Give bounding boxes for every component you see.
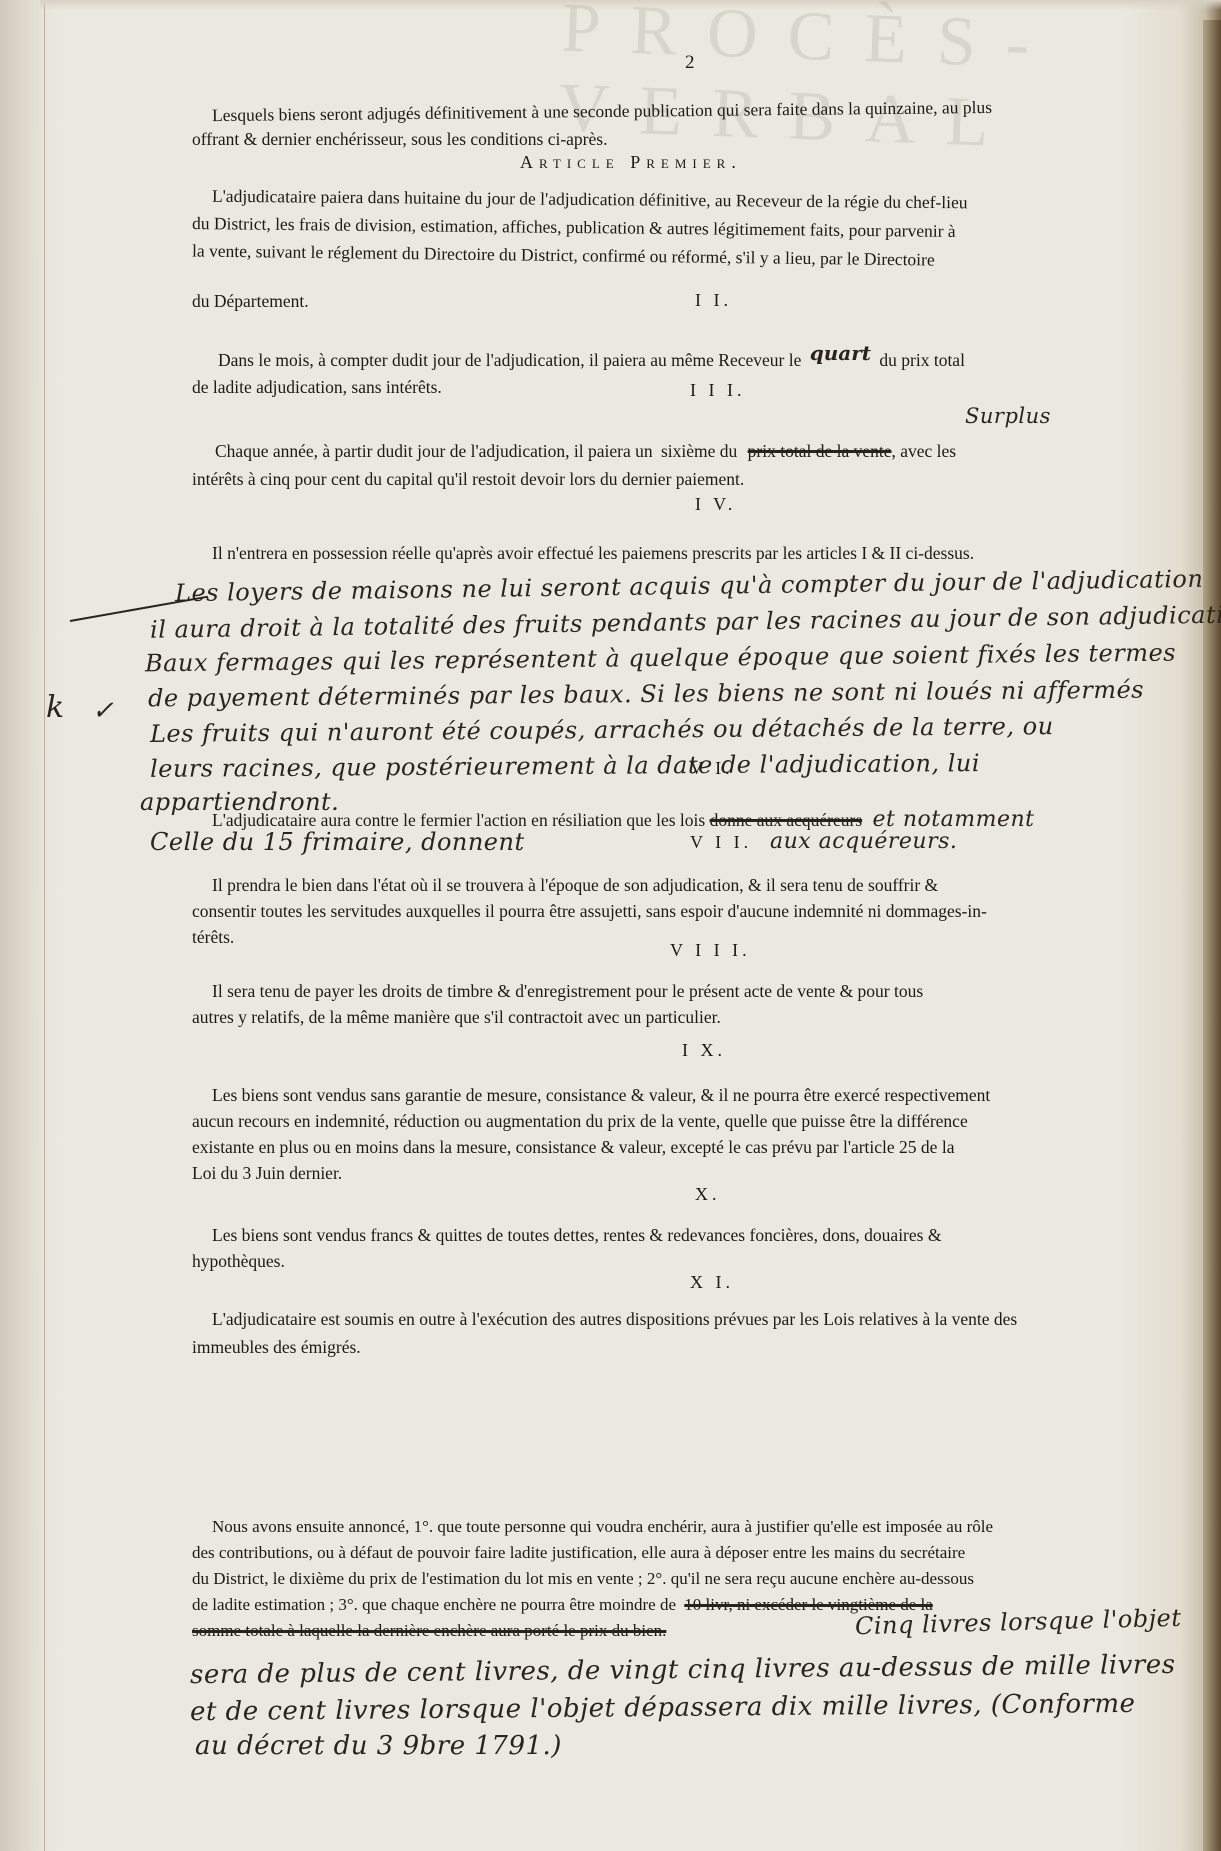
handwritten-cinq-livres: Cinq livres lorsque l'objet <box>855 1600 1182 1645</box>
scanned-document-page: PROCÈS-VERBAL 2 Lesquels biens seront ad… <box>0 0 1221 1851</box>
article-3-line-1: Chaque année, à partir dudit jour de l'a… <box>215 438 956 464</box>
article-4-heading: I V. <box>695 494 736 515</box>
article-1-heading: Article Premier. <box>520 152 742 173</box>
article-11-line: L'adjudicataire est soumis en outre à l'… <box>212 1306 1017 1332</box>
article-9-line: aucun recours en indemnité, réduction ou… <box>192 1108 968 1134</box>
closing-line-4: de ladite estimation ; 3°. que chaque en… <box>192 1592 933 1618</box>
article-8-heading: V I I I. <box>670 940 751 961</box>
article-7-line: consentir toutes les servitudes auxquell… <box>192 898 987 924</box>
article-3-line-2: intérêts à cinq pour cent du capital qu'… <box>192 466 744 492</box>
article-1-line: du Département. <box>192 288 309 314</box>
article-8-line: Il sera tenu de payer les droits de timb… <box>212 978 923 1004</box>
article-7-line: Il prendra le bien dans l'état où il se … <box>212 872 938 898</box>
handwritten-frimaire: Celle du 15 frimaire, donnent <box>150 824 525 860</box>
article-3-heading: I I I. <box>690 380 745 401</box>
handwritten-line: leurs racines, que postérieurement à la … <box>150 745 980 787</box>
article-2-line-1: Dans le mois, à compter dudit jour de l'… <box>218 346 965 373</box>
article-2-text: Dans le mois, à compter dudit jour de l'… <box>218 350 801 370</box>
article-3-text: Chaque année, à partir dudit jour de l'a… <box>215 441 653 461</box>
margin-checkmark: ✓ <box>92 696 114 726</box>
handwritten-insert-quart: quart <box>810 341 871 365</box>
article-2-line-2: de ladite adjudication, sans intérêts. <box>192 374 442 400</box>
bleed-through-header: PROCÈS-VERBAL <box>557 0 1221 171</box>
article-10-line: Les biens sont vendus francs & quittes d… <box>212 1222 941 1248</box>
article-2-text-tail: du prix total <box>879 350 965 370</box>
handwritten-closing-line: au décret du 3 9bre 1791.) <box>195 1728 562 1764</box>
struck-text-prix-total: prix total de la vente <box>748 441 892 461</box>
page-number: 2 <box>685 52 695 74</box>
article-7-line: térêts. <box>192 924 234 950</box>
closing-line-5: somme totale à laquelle la dernière ench… <box>192 1618 666 1644</box>
struck-text-somme-totale: somme totale à laquelle la dernière ench… <box>192 1621 666 1640</box>
closing-line: du District, le dixième du prix de l'est… <box>192 1566 974 1592</box>
handwritten-closing-line: et de cent livres lorsque l'objet dépass… <box>190 1686 1136 1730</box>
article-7-heading: V I I. <box>690 832 752 853</box>
article-9-line: existante en plus ou en moins dans la me… <box>192 1134 954 1160</box>
article-9-line: Loi du 3 Juin dernier. <box>192 1160 342 1186</box>
article-10-line: hypothèques. <box>192 1248 285 1274</box>
article-6-heading: V I. <box>690 758 734 779</box>
article-11-line: immeubles des émigrés. <box>192 1334 361 1360</box>
article-11-heading: X I. <box>690 1272 734 1293</box>
article-4-line-1: Il n'entrera en possession réelle qu'apr… <box>212 540 974 566</box>
handwritten-surplus: Surplus <box>965 398 1051 434</box>
binding-fold <box>0 0 45 1851</box>
intro-line-2: offrant & dernier enchérisseur, sous les… <box>192 126 607 152</box>
handwritten-aux-acquereurs: aux acquéreurs. <box>770 824 957 860</box>
article-3-text-tail: , avec les <box>892 441 957 461</box>
article-9-line: Les biens sont vendus sans garantie de m… <box>212 1082 990 1108</box>
article-8-line: autres y relatifs, de la même manière qu… <box>192 1004 721 1030</box>
article-2-heading: I I. <box>695 290 732 311</box>
article-9-heading: I X. <box>682 1040 726 1061</box>
article-3-sixieme: sixième du <box>661 441 737 461</box>
margin-mark-k: k <box>46 690 64 725</box>
article-10-heading: X. <box>695 1184 721 1205</box>
closing-line: Nous avons ensuite annoncé, 1°. que tout… <box>212 1514 993 1540</box>
closing-line: des contributions, ou à défaut de pouvoi… <box>192 1540 965 1566</box>
closing-text: de ladite estimation ; 3°. que chaque en… <box>192 1595 676 1614</box>
page-edge-shadow <box>1203 20 1221 1851</box>
article-1-line: la vente, suivant le réglement du Direct… <box>192 237 935 272</box>
